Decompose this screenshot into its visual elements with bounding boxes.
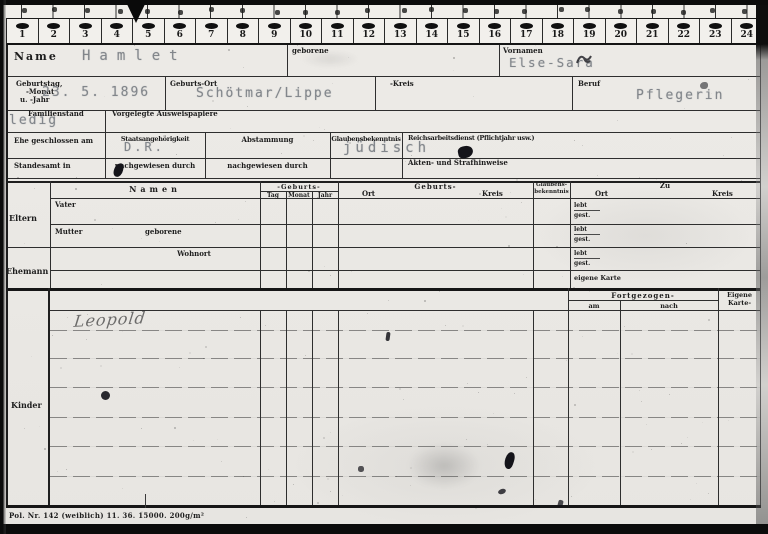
tag-header: Tag (260, 192, 286, 199)
paper-speck (624, 326, 625, 327)
punch-code-mark (275, 10, 280, 15)
punch-code-mark (463, 8, 468, 13)
ink-tick-row1 (385, 332, 390, 341)
paper-speck (641, 401, 642, 402)
paper-speck (686, 243, 687, 244)
punch-hole-icon (740, 23, 753, 29)
vater-label: Vater (55, 200, 76, 209)
paper-speck (696, 483, 697, 484)
punch-number: 14 (425, 30, 438, 40)
eigene-karte-header-2: Karte- (718, 299, 761, 307)
punch-code-mark (522, 9, 527, 14)
punch-number: 12 (362, 30, 375, 40)
paper-speck (141, 238, 142, 239)
punch-number: 18 (551, 30, 564, 40)
paper-speck (228, 49, 230, 51)
punch-cell: 10 (291, 19, 323, 43)
paper-speck (466, 439, 467, 440)
kreis-label: -Kreis (390, 79, 414, 88)
punch-number: 10 (299, 30, 312, 40)
paper-speck (493, 413, 494, 414)
punch-cell: 9 (259, 19, 291, 43)
punch-code-mark (365, 8, 370, 13)
punch-hole-icon (425, 23, 438, 29)
punch-code-mark (335, 10, 340, 15)
paper-speck (274, 501, 275, 502)
paper-speck (245, 201, 246, 202)
paper-speck (293, 484, 294, 485)
ausweispapiere-label: Vorgelegte Ausweispapiere (112, 109, 218, 118)
paper-speck (473, 96, 474, 97)
paper-speck (646, 424, 647, 425)
paper-speck (632, 451, 634, 453)
punch-code-mark (618, 9, 623, 14)
punch-number: 20 (614, 30, 627, 40)
punch-number: 8 (240, 30, 246, 40)
paper-speck (323, 437, 325, 439)
paper-speck (94, 219, 96, 221)
paper-speck (86, 339, 87, 340)
paper-speck (324, 266, 325, 267)
paper-speck (681, 443, 682, 444)
ink-dot-kinder-label (101, 391, 110, 400)
glaubens-header-1: Glaubens- (533, 182, 570, 188)
paper-speck (330, 432, 331, 433)
scan-edge-top (0, 0, 768, 5)
punch-cell: 20 (606, 19, 638, 43)
lebt-option-1: lebt (574, 202, 587, 209)
paper-speck (403, 399, 404, 400)
paper-speck (510, 192, 511, 193)
punch-number: 3 (82, 30, 88, 40)
punch-code-mark (559, 7, 564, 12)
gest-option-2: gest. (574, 236, 590, 243)
paper-speck (141, 428, 142, 429)
beruf-label: Beruf (578, 79, 600, 88)
punch-number: 6 (177, 30, 183, 40)
punch-hole-icon (488, 23, 501, 29)
paper-speck (134, 45, 135, 46)
paper-speck (399, 388, 401, 390)
paper-speck (445, 325, 446, 326)
paper-speck (405, 161, 406, 162)
lebt-option-3: lebt (574, 250, 587, 257)
punch-number-row: 1 2 3 4 5 6 7 8 (6, 18, 763, 45)
mutter-label: Mutter (55, 227, 82, 236)
punch-hole-icon (79, 23, 92, 29)
eigene-karte-note: eigene Karte (574, 274, 621, 282)
name-value: Hamlet (82, 48, 187, 64)
paper-speck (748, 79, 749, 80)
paper-speck (367, 313, 368, 314)
punch-cell: 11 (322, 19, 354, 43)
paper-speck (617, 353, 618, 354)
paper-speck (189, 352, 191, 354)
registration-card-scan: 1 2 3 4 5 6 7 8 (0, 0, 768, 534)
monat-header: Monat (286, 192, 312, 199)
paper-speck (656, 179, 657, 180)
paper-speck (388, 300, 389, 301)
gray-smudge-kinder (408, 443, 480, 489)
paper-speck (179, 367, 180, 368)
paper-speck (487, 444, 488, 445)
punch-hole-icon (142, 23, 155, 29)
index-triangle-marker (125, 0, 147, 23)
punch-hole-icon (362, 23, 375, 29)
punch-hole-icon (520, 23, 533, 29)
punch-number: 15 (457, 30, 470, 40)
paper-speck (478, 392, 479, 393)
paper-speck (238, 219, 239, 220)
punch-code-mark (585, 7, 590, 12)
paper-speck (330, 491, 331, 492)
kinder-row-label: Kinder (11, 400, 42, 410)
paper-speck (478, 220, 479, 221)
punch-number: 11 (331, 30, 344, 40)
punch-number: 7 (208, 30, 214, 40)
paper-speck (317, 502, 319, 504)
punch-hole-icon (16, 23, 29, 29)
paper-speck (332, 83, 333, 84)
paper-speck (39, 426, 40, 427)
punch-hole-icon (47, 23, 60, 29)
punch-number: 19 (583, 30, 596, 40)
punch-cell: 21 (637, 19, 669, 43)
paper-speck (687, 437, 688, 438)
gest-option-3: gest. (574, 260, 590, 267)
paper-speck (122, 488, 123, 489)
punch-hole-icon (110, 23, 123, 29)
punch-code-mark (22, 8, 27, 13)
paper-speck (57, 471, 58, 472)
punch-cell: 19 (574, 19, 606, 43)
paper-speck (215, 222, 216, 223)
punch-code-mark (303, 10, 308, 15)
paper-speck (34, 188, 35, 189)
punch-cell: 17 (511, 19, 543, 43)
paper-speck (439, 291, 440, 292)
paper-speck (453, 70, 454, 71)
paper-speck (44, 448, 46, 450)
paper-speck (479, 193, 481, 195)
paper-speck (112, 228, 113, 229)
vornamen-label: Vornamen (503, 46, 543, 55)
paper-speck (582, 336, 583, 337)
paper-speck (462, 325, 464, 327)
paper-speck (505, 216, 507, 218)
zu-ort-subheader: Ort (595, 189, 608, 198)
handwritten-entry: Leopold (73, 308, 147, 331)
paper-speck (566, 360, 567, 361)
paper-speck (193, 440, 194, 441)
paper-speck (571, 496, 572, 497)
namen-header: Namen (50, 184, 260, 194)
paper-speck (467, 383, 468, 384)
paper-speck (708, 319, 710, 321)
punch-hole-icon (236, 23, 249, 29)
paper-speck (24, 243, 25, 244)
paper-speck (562, 276, 563, 277)
punch-number: 17 (520, 30, 533, 40)
paper-speck (582, 145, 583, 146)
punch-code-mark (742, 9, 747, 14)
nachgewiesen-durch-label-2: nachgewiesen durch (205, 161, 330, 170)
paper-speck (60, 367, 62, 369)
geburts-ort-subheader: Ort (362, 189, 375, 198)
paper-speck (501, 208, 502, 209)
punch-cell: 8 (228, 19, 260, 43)
punch-cell: 13 (385, 19, 417, 43)
paper-speck (424, 300, 426, 302)
paper-speck (66, 469, 67, 470)
punch-number: 1 (19, 30, 25, 40)
gest-option-1: gest. (574, 212, 590, 219)
punch-hole-icon (268, 23, 281, 29)
paper-speck (24, 428, 25, 429)
paper-speck (526, 377, 527, 378)
paper-speck (670, 138, 671, 139)
paper-speck (708, 493, 709, 494)
ink-speck-beruf (700, 82, 708, 89)
paper-speck (574, 140, 575, 141)
punch-hole-icon (173, 23, 186, 29)
paper-speck (351, 271, 352, 272)
paper-speck (265, 325, 266, 326)
punch-code-mark (494, 9, 499, 14)
punch-cell: 6 (165, 19, 197, 43)
paper-speck (639, 390, 640, 391)
punch-hole-icon (677, 23, 690, 29)
punch-hole-icon (614, 23, 627, 29)
punch-hole-icon (457, 23, 470, 29)
paper-speck (217, 439, 218, 440)
punch-hole-icon (551, 23, 564, 29)
punch-number: 9 (271, 30, 277, 40)
print-note: Pol. Nr. 142 (weiblich) 11. 36. 15000. 2… (9, 511, 204, 520)
jahr-header: Jahr (312, 192, 338, 199)
paper-speck (230, 128, 231, 129)
eltern-row-label: Eltern (9, 213, 37, 223)
punch-cell: 3 (70, 19, 102, 43)
paper-speck (67, 317, 68, 318)
scan-edge-right (756, 0, 768, 534)
paper-speck (723, 155, 724, 156)
familienstand-value: ledig (9, 113, 58, 128)
handwritten-check-mark (575, 52, 593, 67)
scan-edge-left (0, 0, 6, 534)
abstammung-label: Abstammung (205, 135, 330, 144)
punch-number: 2 (51, 30, 57, 40)
paper-speck (246, 517, 247, 518)
punch-cell: 14 (417, 19, 449, 43)
geburts-header: -Geburts- (260, 183, 338, 191)
eigene-karte-header-1: Eigene (718, 291, 761, 299)
punch-code-mark (402, 8, 407, 13)
punch-code-mark (52, 7, 57, 12)
punch-cell: 22 (669, 19, 701, 43)
punch-hole-icon (299, 23, 312, 29)
zu-kreis-subheader: Kreis (712, 189, 733, 198)
lebt-option-2: lebt (574, 226, 587, 233)
paper-speck (523, 274, 524, 275)
paper-speck (101, 284, 102, 285)
punch-code-mark (209, 7, 214, 12)
glaubens-header-2: bekenntnis (533, 189, 570, 195)
punch-cell: 23 (700, 19, 732, 43)
punch-code-mark (710, 8, 715, 13)
akten-strafhinweise-label: Akten- und Strafhinweise (408, 158, 508, 167)
ehe-geschlossen-label: Ehe geschlossen am (14, 136, 93, 145)
punch-hole-icon (646, 23, 659, 29)
punch-code-mark (118, 9, 123, 14)
fortgezogen-am-subheader: am (568, 302, 620, 310)
punch-cell: 2 (39, 19, 71, 43)
punch-number: 5 (145, 30, 151, 40)
punch-number: 24 (740, 30, 753, 40)
paper-speck (574, 404, 576, 406)
ink-blot-kinder-area (503, 451, 517, 470)
paper-speck (631, 353, 633, 355)
punch-hole-icon (583, 23, 596, 29)
wohnort-label: Wohnort (50, 249, 338, 258)
paper-speck (31, 356, 32, 357)
punch-cell: 15 (448, 19, 480, 43)
paper-speck (327, 478, 329, 480)
paper-speck (514, 393, 515, 394)
paper-speck (205, 346, 207, 348)
punch-number: 13 (394, 30, 407, 40)
paper-speck (305, 355, 306, 356)
fortgezogen-nach-subheader: nach (620, 302, 718, 310)
fortgezogen-header: Fortgezogen- (568, 291, 718, 300)
paper-speck (669, 394, 670, 395)
glaubensbekenntnis-value: jüdisch (343, 140, 430, 156)
paper-speck (52, 335, 53, 336)
punch-code-mark (240, 8, 245, 13)
paper-speck (651, 449, 652, 450)
geburtsort-value: Schötmar/Lippe (196, 86, 334, 101)
paper-speck (281, 153, 282, 154)
paper-speck (319, 127, 320, 128)
punch-cell: 16 (480, 19, 512, 43)
punch-number: 23 (709, 30, 722, 40)
paper-speck (728, 420, 729, 421)
geburts-kreis-subheader: Kreis (482, 189, 503, 198)
punch-cell: 18 (543, 19, 575, 43)
geborene-label: geborene (292, 46, 329, 55)
paper-speck (268, 469, 269, 470)
punch-code-mark (681, 10, 686, 15)
punch-code-mark (429, 7, 434, 12)
punch-code-mark (651, 9, 656, 14)
staatsangehoerigkeit-value: D.R. (124, 140, 165, 154)
geburtstag-value: 23. 5. 1896 (42, 85, 150, 100)
paper-speck (702, 422, 703, 423)
punch-code-mark (178, 10, 183, 15)
paper-speck (690, 499, 691, 500)
paper-speck (100, 365, 102, 367)
paper-speck (342, 495, 343, 496)
paper-speck (324, 129, 325, 130)
geborene-column-label: geborene (145, 227, 182, 236)
paper-speck (731, 137, 732, 138)
paper-speck (684, 108, 685, 109)
paper-speck (176, 154, 177, 155)
punch-number: 21 (646, 30, 659, 40)
paper-speck (243, 67, 244, 68)
punch-number: 16 (488, 30, 501, 40)
paper-speck (597, 175, 598, 176)
punch-number: 22 (677, 30, 690, 40)
scan-edge-bottom (0, 524, 768, 534)
paper-speck (247, 106, 248, 107)
standesamt-label: Standesamt in (14, 161, 71, 170)
punch-hole-icon (205, 23, 218, 29)
paper-speck (535, 499, 536, 500)
paper-speck (453, 57, 455, 59)
paper-speck (617, 120, 618, 121)
paper-speck (159, 241, 160, 242)
paper-speck (174, 427, 176, 429)
punch-hole-icon (331, 23, 344, 29)
punch-code-mark (85, 8, 90, 13)
beruf-value: Pflegerin (636, 88, 724, 103)
paper-speck (240, 317, 241, 318)
paper-speck (122, 331, 123, 332)
punch-cell: 12 (354, 19, 386, 43)
punch-hole-icon (394, 23, 407, 29)
ehemann-row-label: Ehemann (6, 266, 48, 276)
paper-speck (521, 202, 522, 203)
punch-cell: 1 (7, 19, 39, 43)
punch-hole-icon (709, 23, 722, 29)
paper-speck (330, 275, 331, 276)
paper-speck (221, 461, 222, 462)
name-label: Name (14, 50, 58, 63)
ink-speck-row6 (358, 466, 364, 472)
punch-number: 4 (114, 30, 120, 40)
punch-cell: 7 (196, 19, 228, 43)
ink-smear-bottom (497, 488, 506, 495)
